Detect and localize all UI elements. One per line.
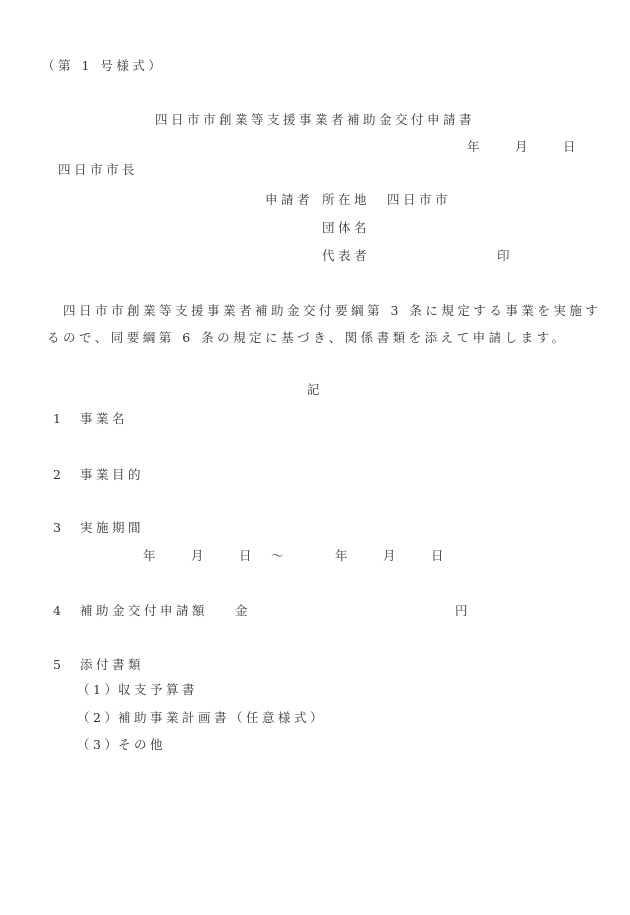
form-number: （第 1 号様式） xyxy=(42,58,164,74)
item-1-number: 1 xyxy=(53,411,64,427)
item-4-number: 4 xyxy=(53,603,64,619)
date-line: 年 月 日 xyxy=(467,139,579,155)
page-title: 四日市市創業等支援事業者補助金交付申請書 xyxy=(0,112,630,128)
item-5-number: 5 xyxy=(53,657,64,673)
item-3-period-line: 年 月 日 ～ 年 月 日 xyxy=(143,548,447,564)
seal-mark: 印 xyxy=(497,248,513,264)
item-3-label: 実施期間 xyxy=(80,520,144,536)
body-paragraph-line1: 四日市市創業等支援事業者補助金交付要綱第 3 条に規定する事業を実施す xyxy=(47,303,601,319)
item-4-amount-prefix: 金 xyxy=(235,603,251,619)
item-4-label: 補助金交付申請額 xyxy=(80,603,208,619)
item-5-sub-3-label: その他 xyxy=(118,737,166,753)
item-3-number: 3 xyxy=(53,520,64,536)
item-5-sub-3-number: （3） xyxy=(77,737,120,753)
applicant-org-label: 団体名 xyxy=(322,220,370,236)
applicant-label: 申請者 xyxy=(265,192,313,208)
addressee-mayor: 四日市市長 xyxy=(58,162,138,178)
applicant-address-value: 四日市市 xyxy=(387,192,451,208)
body-paragraph-line2: るので、同要綱第 6 条の規定に基づき、関係書類を添えて申請します。 xyxy=(47,330,568,346)
item-5-sub-2-number: （2） xyxy=(77,710,120,726)
item-2-number: 2 xyxy=(53,467,64,483)
applicant-address-label: 所在地 xyxy=(322,192,370,208)
item-5-sub-2-label: 補助事業計画書（任意様式） xyxy=(118,710,326,726)
record-marker: 記 xyxy=(0,382,630,398)
item-4-amount-suffix: 円 xyxy=(455,603,471,619)
item-5-label: 添付書類 xyxy=(80,657,144,673)
item-1-label: 事業名 xyxy=(80,411,128,427)
item-2-label: 事業目的 xyxy=(80,467,144,483)
applicant-rep-label: 代表者 xyxy=(322,248,370,264)
item-5-sub-1-label: 収支予算書 xyxy=(118,682,198,698)
application-form-page: （第 1 号様式） 四日市市創業等支援事業者補助金交付申請書 年 月 日 四日市… xyxy=(0,0,630,915)
item-5-sub-1-number: （1） xyxy=(77,682,120,698)
